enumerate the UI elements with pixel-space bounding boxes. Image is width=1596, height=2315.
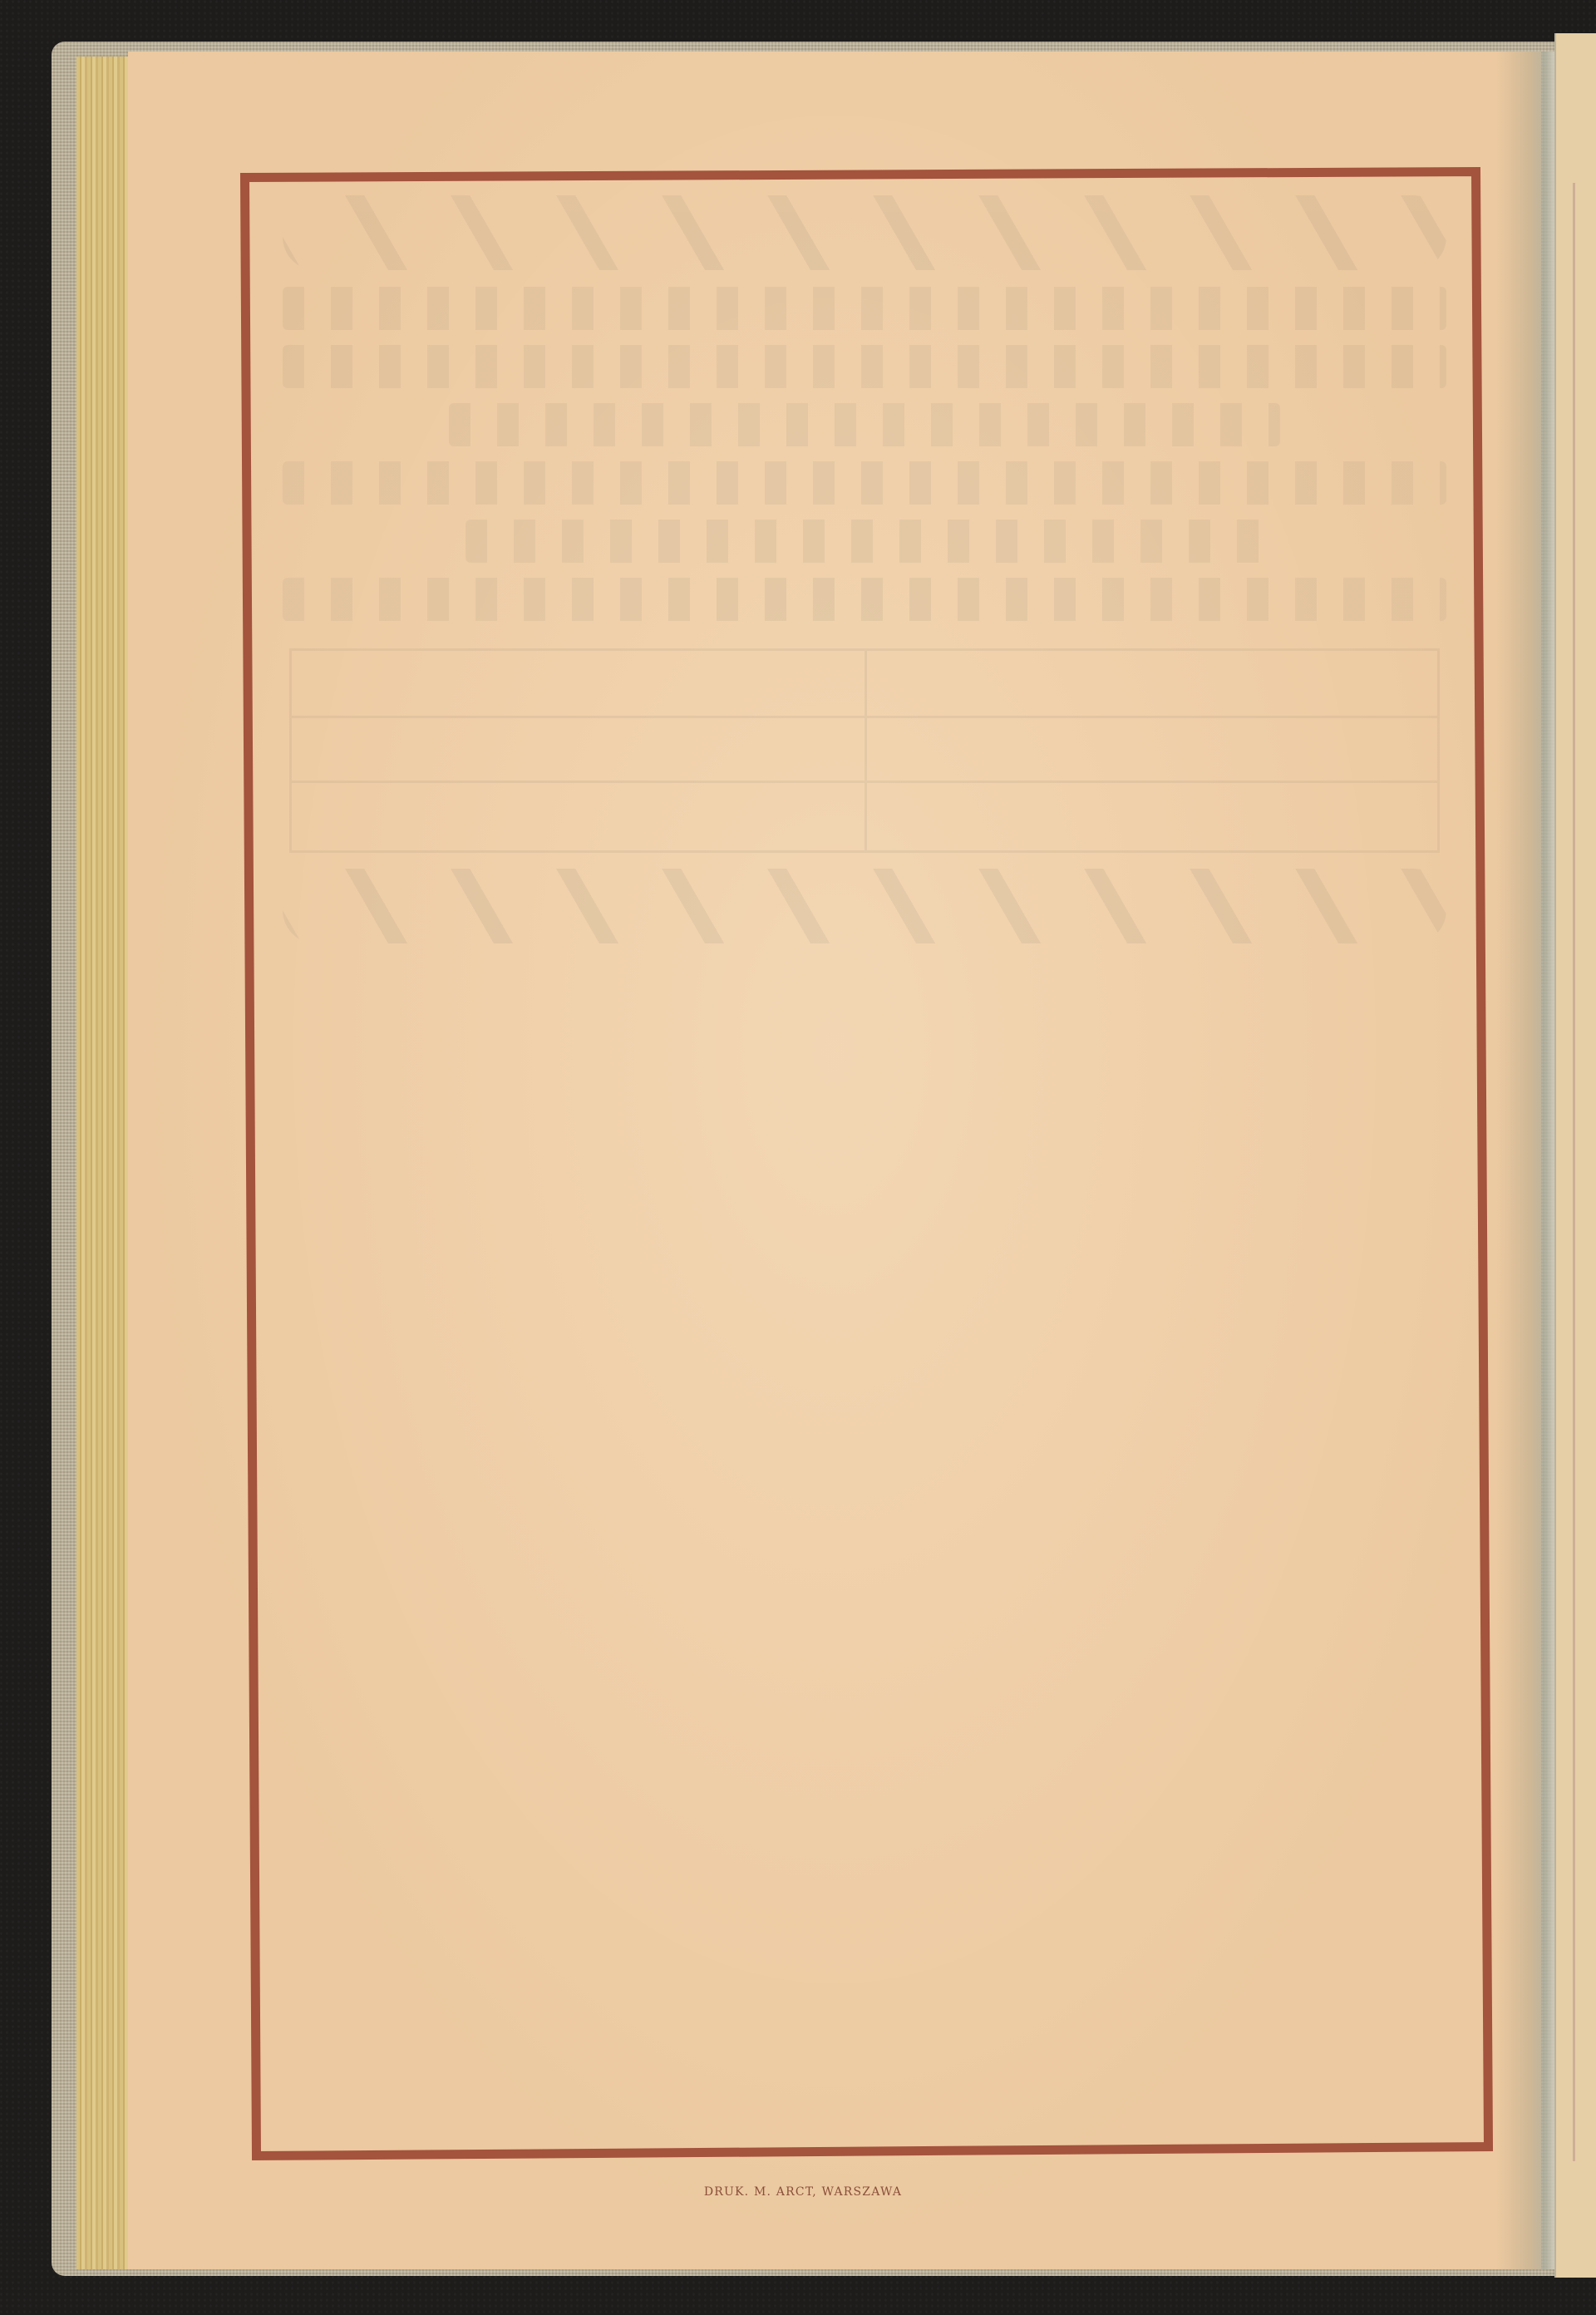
page-border-frame [0,0,1596,2315]
imprint-text: DRUK. M. ARCT, WARSZAWA [704,2185,902,2199]
printer-imprint: DRUK. M. ARCT, WARSZAWA [0,2185,1596,2199]
